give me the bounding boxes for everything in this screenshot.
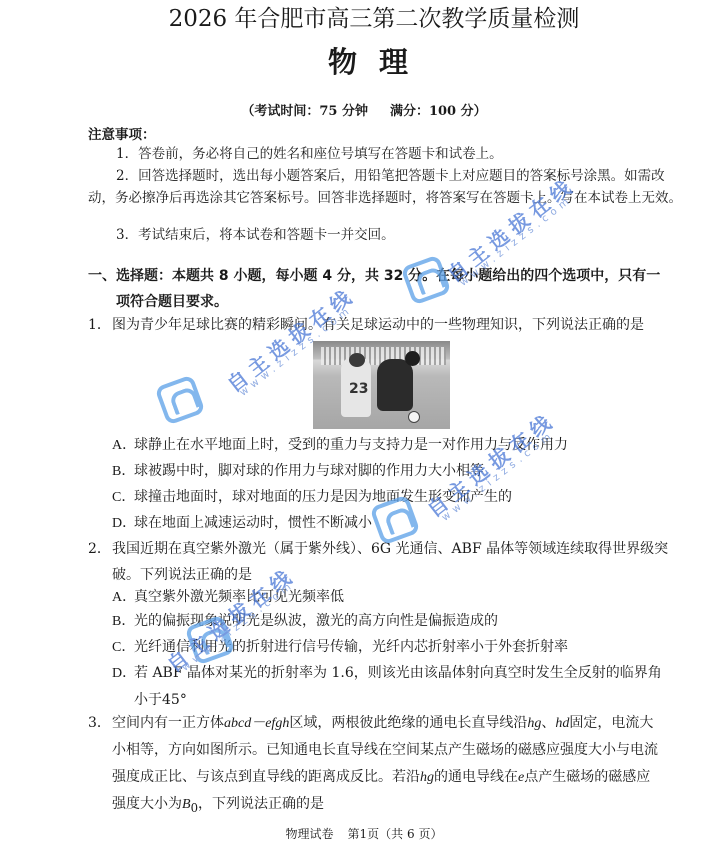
q2-option-b: B．光的偏振现象说明光是纵波，激光的高方向性是偏振造成的 bbox=[112, 608, 697, 635]
footer-paper: 物理试卷 bbox=[286, 827, 334, 841]
photo-ball bbox=[408, 411, 420, 423]
full-score: 满分：100 分） bbox=[390, 104, 487, 119]
question-number: 3． bbox=[88, 710, 112, 737]
q1-option-a: A．球静止在水平地面上时，受到的重力与支持力是一对作用力与反作用力 bbox=[112, 432, 697, 459]
question-number: 1． bbox=[88, 312, 112, 338]
exam-time: （考试时间：75 分钟 bbox=[241, 104, 368, 119]
question-text: 图为青少年足球比赛的精彩瞬间。有关足球运动中的一些物理知识，下列说法正确的是 bbox=[112, 317, 644, 333]
question-2-stem: 2．我国近期在真空紫外激光（属于紫外线）、6G 光通信、ABF 晶体等领域连续取… bbox=[88, 536, 693, 588]
notice-item-2: 2．回答选择题时，选出每小题答案后，用铅笔把答题卡上对应题目的答案标号涂黑。如需… bbox=[88, 165, 688, 209]
photo-player-white-head bbox=[349, 353, 365, 367]
exam-info: （考试时间：75 分钟满分：100 分） bbox=[0, 103, 708, 121]
q2-option-c: C．光纤通信利用光的折射进行信号传输，光纤内芯折射率小于外套折射率 bbox=[112, 634, 697, 661]
question-number: 2． bbox=[88, 536, 112, 562]
q1-option-b: B．球被踢中时，脚对球的作用力与球对脚的作用力大小相等 bbox=[112, 458, 697, 485]
photo-player-dark bbox=[377, 359, 413, 411]
photo-player-dark-head bbox=[405, 351, 420, 366]
question-1-stem: 1．图为青少年足球比赛的精彩瞬间。有关足球运动中的一些物理知识，下列说法正确的是 bbox=[88, 312, 693, 338]
watermark-logo-icon bbox=[154, 374, 205, 425]
notice-item-1: 1．答卷前，务必将自己的姓名和座位号填写在答题卡和试卷上。 bbox=[88, 143, 688, 165]
subject-title: 物理 bbox=[0, 44, 708, 80]
notice-heading: 注意事项： bbox=[88, 126, 156, 144]
football-photo: 23 bbox=[313, 341, 450, 429]
q2-option-a: A．真空紫外激光频率比可见光频率低 bbox=[112, 584, 697, 611]
q2-option-d: D．若 ABF 晶体对某光的折射率为 1.6，则该光由该晶体射向真空时发生全反射… bbox=[112, 660, 697, 713]
q1-option-c: C．球撞击地面时，球对地面的压力是因为地面发生形变而产生的 bbox=[112, 484, 697, 511]
exam-title: 2026 年合肥市高三第二次教学质量检测 bbox=[0, 4, 708, 34]
notice-item-3: 3．考试结束后，将本试卷和答题卡一并交回。 bbox=[88, 224, 688, 246]
footer-page: 第1页（共 6 页） bbox=[348, 827, 443, 841]
exam-page: 2026 年合肥市高三第二次教学质量检测 物理 （考试时间：75 分钟满分：10… bbox=[0, 0, 708, 853]
section-heading: 一、选择题：本题共 8 小题，每小题 4 分，共 32 分。在每小题给出的四个选… bbox=[88, 263, 698, 315]
q1-option-d: D．球在地面上减速运动时，惯性不断减小 bbox=[112, 510, 697, 537]
page-footer: 物理试卷第1页（共 6 页） bbox=[0, 826, 708, 842]
photo-jersey-number: 23 bbox=[349, 381, 368, 397]
section-heading-line1: 一、选择题：本题共 8 小题，每小题 4 分，共 32 分。在每小题给出的四个选… bbox=[88, 268, 660, 284]
question-3-stem: 3．空间内有一正方体abcd－efgh区域，两根彼此绝缘的通电长直导线沿hg、h… bbox=[88, 710, 693, 822]
